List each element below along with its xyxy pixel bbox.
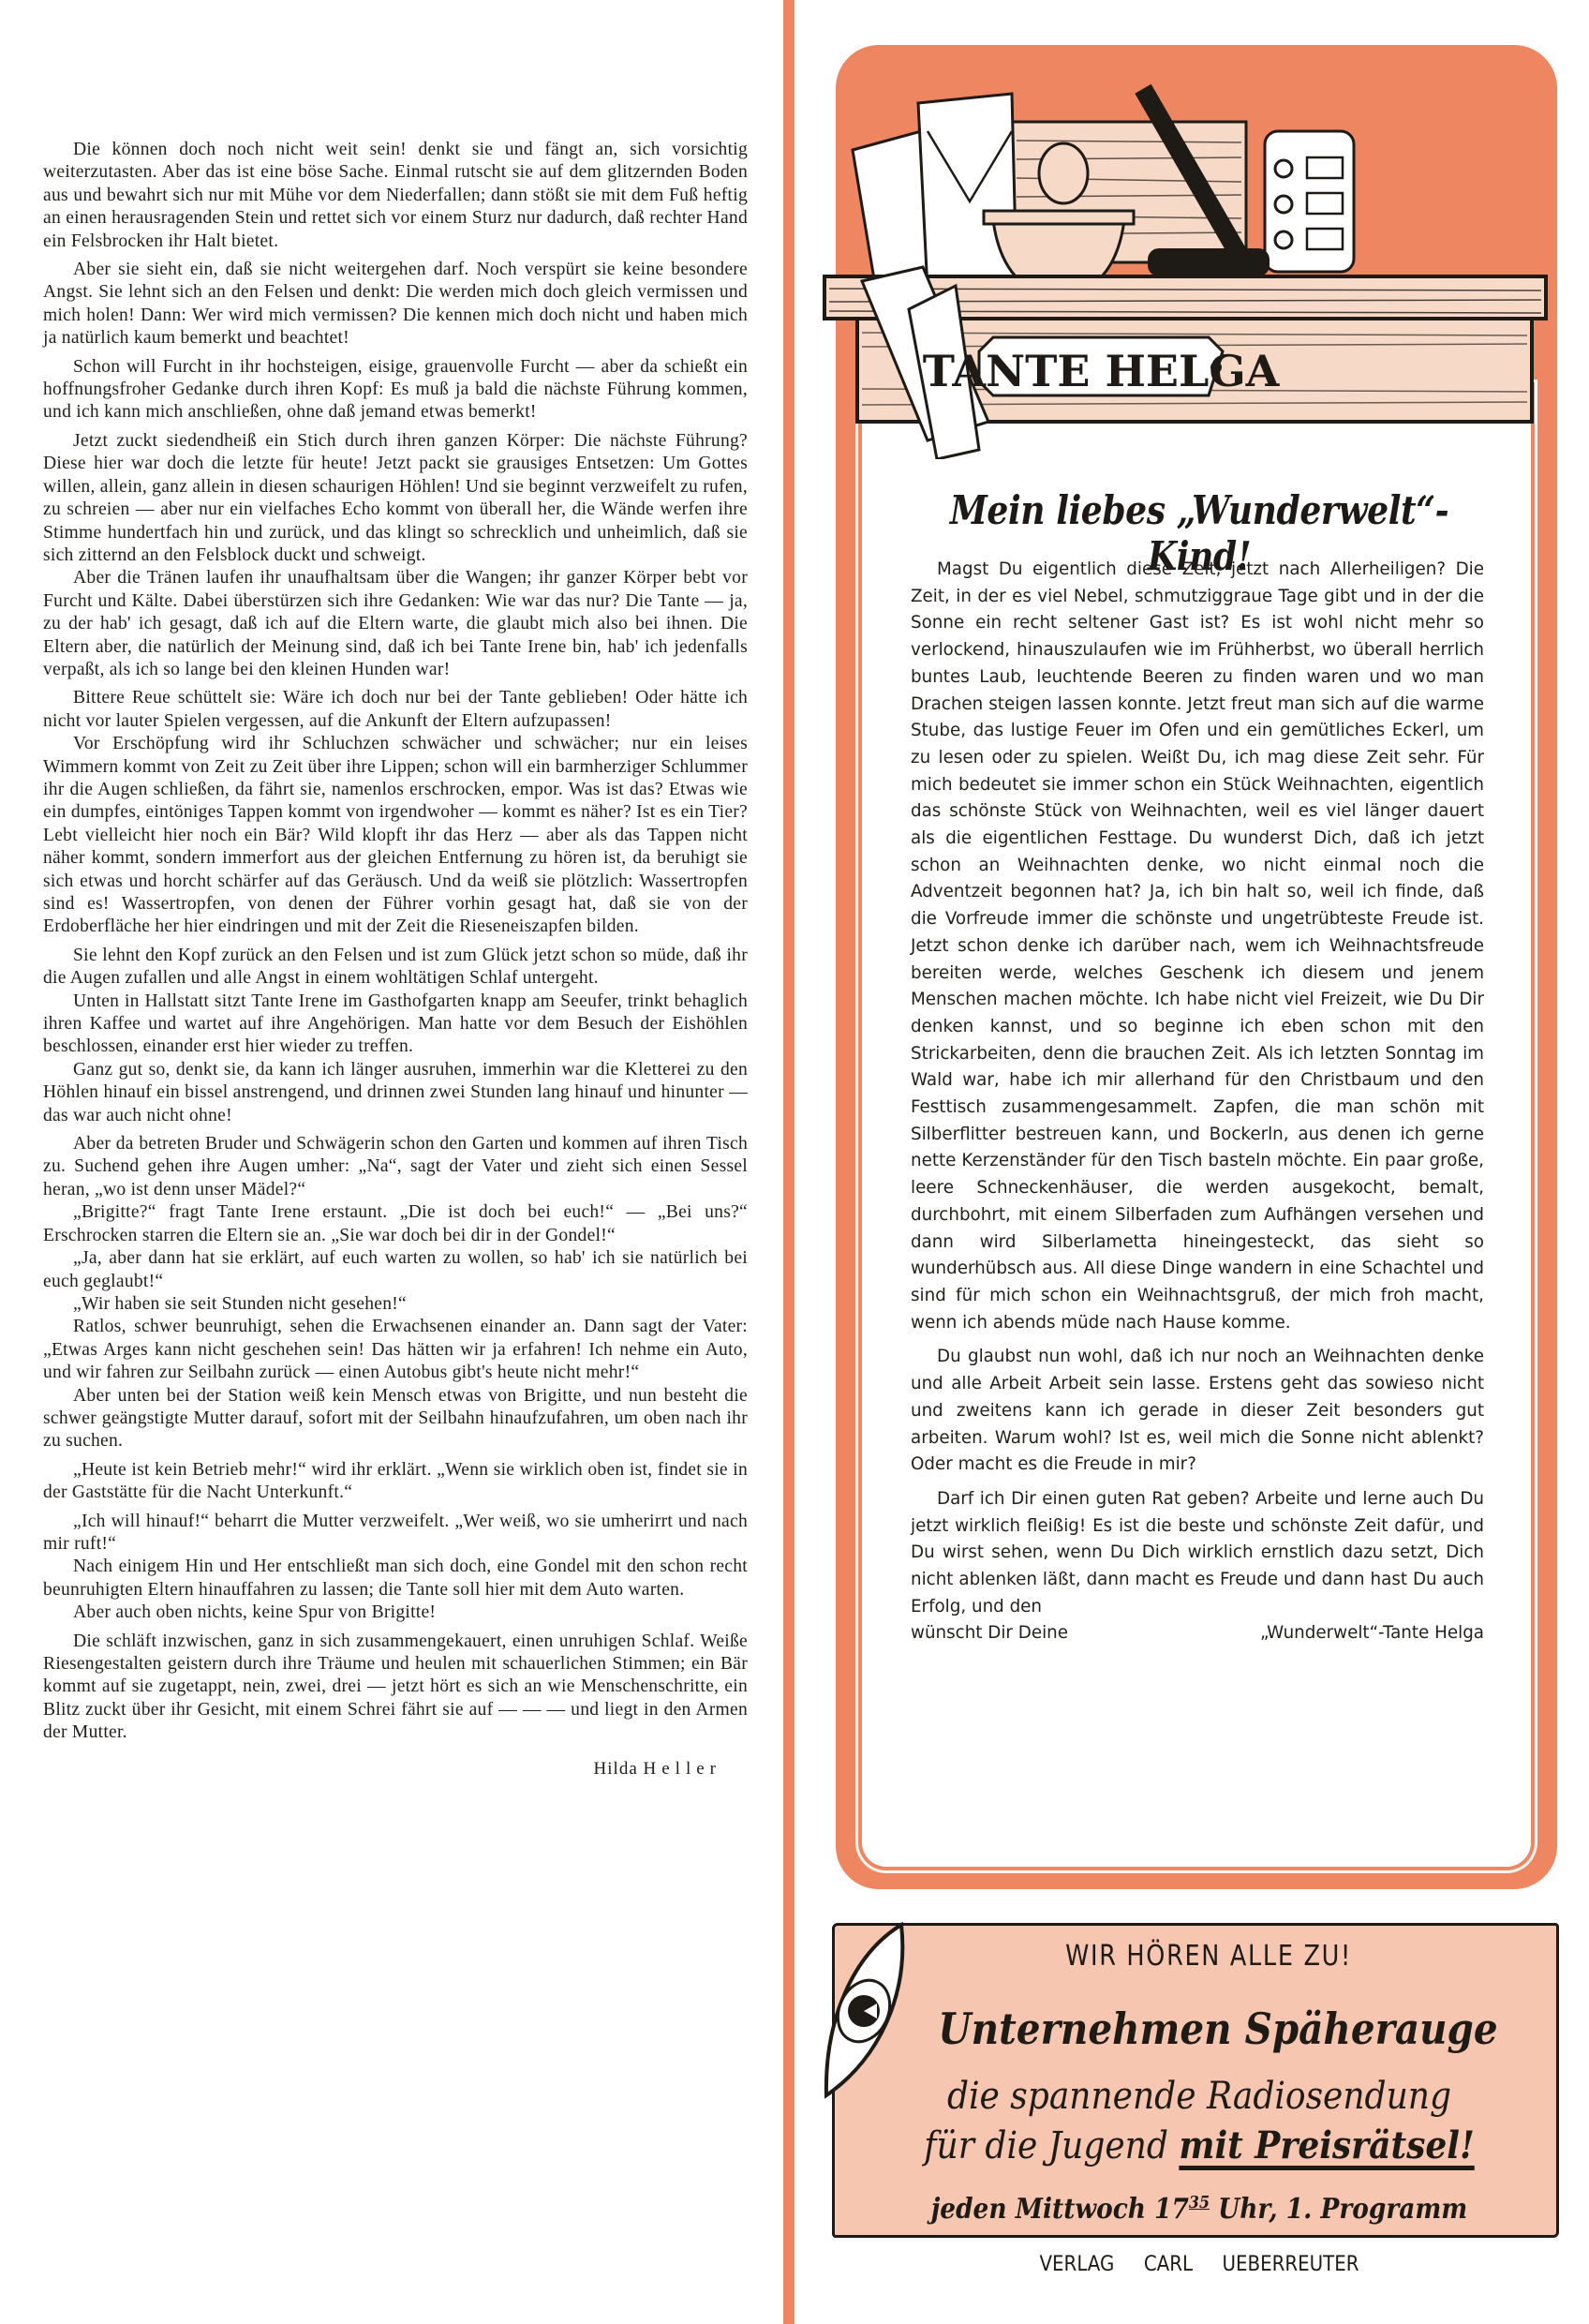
- column-divider: [783, 0, 794, 2324]
- story-paragraph: Ganz gut so, denkt sie, da kann ich läng…: [43, 1059, 748, 1127]
- ad-program-title: Unternehmen Späherauge: [938, 2004, 1498, 2054]
- ad-schedule-program: Uhr, 1. Programm: [1218, 2193, 1467, 2226]
- story-paragraph: Vor Erschöpfung wird ihr Schluchzen schw…: [43, 733, 748, 939]
- story-paragraph: Die können doch noch nicht weit sein! de…: [43, 139, 748, 253]
- ad-publisher: VERLAG CARL UEBERREUTER: [896, 2253, 1503, 2276]
- story-paragraph: Jetzt zuckt siedendheiß ein Stich durch …: [43, 430, 748, 567]
- story-paragraph: Aber da betreten Bruder und Schwägerin s…: [43, 1133, 748, 1201]
- ad-schedule: jeden Mittwoch 1735 Uhr, 1. Programm: [902, 2193, 1496, 2226]
- story-column: Die können doch noch nicht weit sein! de…: [43, 139, 748, 1780]
- letter-paragraph: Magst Du eigentlich diese Zeit, jetzt na…: [911, 557, 1484, 1336]
- story-paragraph: „Heute ist kein Betrieb mehr!“ wird ihr …: [43, 1459, 748, 1505]
- letter-paragraph: Darf ich Dir einen guten Rat geben? Arbe…: [911, 1486, 1484, 1621]
- author-signature: Hilda Heller: [43, 1758, 748, 1780]
- story-paragraph: Unten in Hallstatt sitzt Tante Irene im …: [43, 991, 748, 1059]
- story-paragraph: „Brigitte?“ fragt Tante Irene erstaunt. …: [43, 1201, 748, 1247]
- story-paragraph: Aber auch oben nichts, keine Spur von Br…: [43, 1601, 748, 1624]
- ad-audience-text: für die Jugend: [924, 2124, 1168, 2168]
- story-paragraph: „Ja, aber dann hat sie erklärt, auf euch…: [43, 1247, 748, 1293]
- story-paragraph: Nach einigem Hin und Her entschließt man…: [43, 1556, 748, 1601]
- story-paragraph: Aber unten bei der Station weiß kein Men…: [43, 1385, 748, 1453]
- story-paragraph: Bittere Reue schüttelt sie: Wäre ich doc…: [43, 687, 748, 733]
- letter-paragraph: Du glaubst nun wohl, daß ich nur noch an…: [911, 1344, 1484, 1479]
- ad-headline: WIR HÖREN ALLE ZU!: [986, 1940, 1432, 1973]
- author-last-name: Heller: [644, 1759, 721, 1779]
- closing-signature: „Wunderwelt“-Tante Helga: [1260, 1620, 1484, 1647]
- letter-body: Magst Du eigentlich diese Zeit, jetzt na…: [911, 557, 1484, 1647]
- author-first-name: Hilda: [594, 1759, 638, 1779]
- letter-closing: wünscht Dir Deine „Wunderwelt“-Tante Hel…: [911, 1620, 1484, 1647]
- ad-prize-puzzle: mit Preisrätsel!: [1179, 2123, 1474, 2168]
- story-paragraph: „Ich will hinauf!“ beharrt die Mutter ve…: [43, 1511, 748, 1557]
- story-paragraph: „Wir haben sie seit Stunden nicht gesehe…: [43, 1293, 748, 1316]
- story-paragraph: Aber die Tränen laufen ihr unaufhaltsam …: [43, 567, 748, 681]
- story-paragraph: Sie lehnt den Kopf zurück an den Felsen …: [43, 945, 748, 991]
- tante-helga-sign: TANTE HELGA: [923, 346, 1281, 396]
- ad-schedule-day: jeden Mittwoch 17: [931, 2193, 1189, 2226]
- ad-audience: für die Jugend mit Preisrätsel!: [896, 2123, 1503, 2168]
- closing-greeting: wünscht Dir Deine: [911, 1620, 1068, 1647]
- ad-description: die spannende Radiosendung: [896, 2075, 1503, 2118]
- ad-schedule-minutes: 35: [1189, 2193, 1210, 2212]
- story-paragraph: Aber sie sieht ein, daß sie nicht weiter…: [43, 259, 748, 350]
- story-paragraph: Ratlos, schwer beunruhigt, sehen die Erw…: [43, 1316, 748, 1384]
- story-paragraph: Schon will Furcht in ihr hochsteigen, ei…: [43, 356, 748, 425]
- desk-shelf-illustration: TANTE HELGA: [815, 66, 1565, 459]
- story-paragraph: Die schläft inzwischen, ganz in sich zus…: [43, 1631, 748, 1745]
